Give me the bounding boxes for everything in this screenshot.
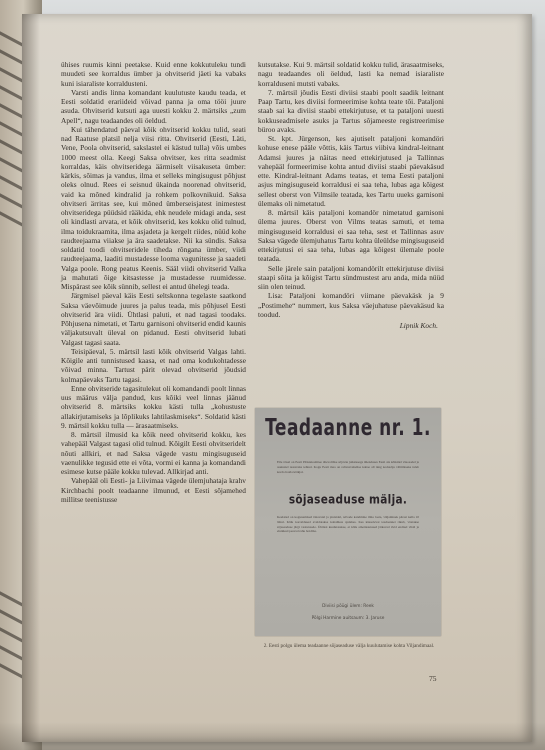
bottom-shadow xyxy=(0,722,545,750)
paragraph: 7. märtsil jõudis Eesti diviisi staabi p… xyxy=(258,88,444,134)
paragraph: 8. märtsil ilmusid ka kõik need ohvitser… xyxy=(61,430,246,476)
paragraph: Lisa: Pataljoni komandöri viimane päevak… xyxy=(258,291,444,319)
author-signature: Lipnik Koch. xyxy=(258,321,444,330)
paragraph: Kui tähendatud päeval kõik ohvitserid ko… xyxy=(61,125,246,292)
paragraph: 8. märtsil käis pataljoni komandör nimet… xyxy=(258,208,444,264)
paragraph: Enne ohvitseride tagasitulekut oli koman… xyxy=(61,384,246,430)
figure-caption: 2. Eesti polgu ülema teadaanne sõjaseadu… xyxy=(254,643,444,650)
gutter-shadow xyxy=(22,14,40,742)
poster-signature-2: Pölgi Harmine auitsaum: 3. Jaruse xyxy=(255,616,441,621)
paragraph: St. kpt. Jürgenson, kes ajutiselt patalj… xyxy=(258,134,444,208)
paragraph: Selle järele sain pataljoni komandörilt … xyxy=(258,264,444,292)
paragraph: Teisipäeval, 5. märtsil lasti kõik ohvit… xyxy=(61,347,246,384)
poster-body-text: Keelatud on kogunemised tänavatel ja pla… xyxy=(277,515,419,534)
right-text-column: kutsutakse. Kui 9. märtsil soldatid kokk… xyxy=(258,60,444,330)
paragraph: Vahepääl oli Eesti- ja Liivimaa vägede ü… xyxy=(61,476,246,504)
poster-intro-text: Eile öösel on Eesti Päästekomitee täievo… xyxy=(277,460,419,474)
paragraph: ühises ruumis kinni peetakse. Kuid enne … xyxy=(61,60,246,88)
paragraph: Varsti andis linna komandant kuulutuste … xyxy=(61,88,246,125)
page-number: 75 xyxy=(429,674,437,683)
poster-heading: sõjaseaduse mälja. xyxy=(255,493,441,507)
paragraph: kutsutakse. Kui 9. märtsil soldatid kokk… xyxy=(258,60,444,88)
announcement-poster-image: Teadaanne nr. 1. Eile öösel on Eesti Pää… xyxy=(255,408,441,636)
left-text-column: ühises ruumis kinni peetakse. Kuid enne … xyxy=(61,60,246,504)
poster-signature-1: Diviisi pöügi ülem: Reek xyxy=(255,604,441,609)
paragraph: Järgmisel päeval käis Eesti seltskonna t… xyxy=(61,291,246,347)
poster-title: Teadaanne nr. 1. xyxy=(255,415,441,442)
